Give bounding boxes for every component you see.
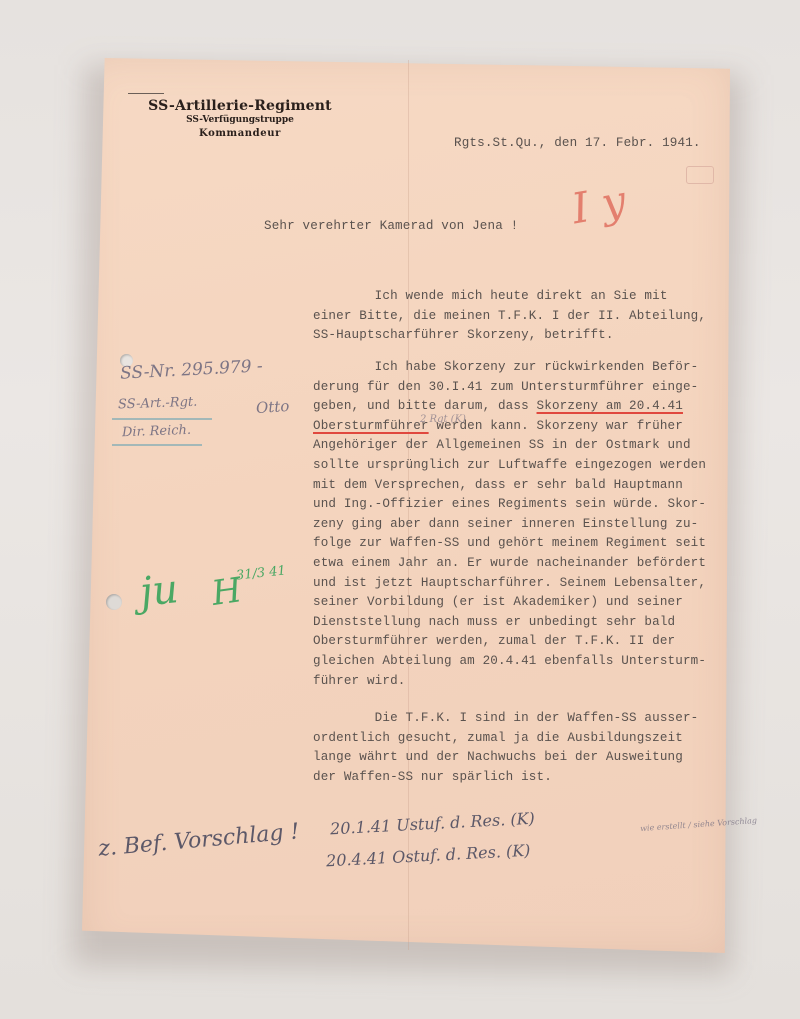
dateline: Rgts.St.Qu., den 17. Febr. 1941. bbox=[454, 136, 701, 150]
text-line: ordentlich gesucht, zumal ja die Ausbild… bbox=[313, 729, 723, 749]
punch-hole bbox=[106, 594, 122, 610]
text-line: lange währt und der Nachwuchs bei der Au… bbox=[313, 748, 723, 768]
paragraph-2: Ich habe Skorzeny zur rückwirkenden Befö… bbox=[313, 358, 723, 691]
text-line: Dienststellung nach muss er unbedingt se… bbox=[313, 613, 723, 633]
text-line-with-highlight: Obersturmführer werden kann. Skorzeny wa… bbox=[313, 417, 723, 437]
margin-underline bbox=[112, 444, 202, 446]
text-line: derung für den 30.I.41 zum Untersturmfüh… bbox=[313, 378, 723, 398]
letterhead-branch: SS-Verfügungstruppe bbox=[140, 115, 340, 125]
interlinear-note: 2 Rgt (K) bbox=[420, 414, 466, 425]
text-line: folge zur Waffen-SS und gehört meinem Re… bbox=[313, 534, 723, 554]
margin-note-unit: SS-Art.-Rgt. bbox=[118, 395, 198, 413]
highlighted-text: Skorzeny am 20.4.41 bbox=[537, 399, 683, 413]
paragraph-1: Ich wende mich heute direkt an Sie mit e… bbox=[313, 287, 723, 346]
letterhead-role: Kommandeur bbox=[140, 128, 340, 139]
text-line-with-highlight: geben, und bitte darum, dass Skorzeny am… bbox=[313, 397, 723, 417]
letterhead-unit: SS-Artillerie-Regiment bbox=[140, 98, 340, 114]
text-line: der Waffen-SS nur spärlich ist. bbox=[313, 768, 723, 788]
salutation: Sehr verehrter Kamerad von Jena ! bbox=[264, 219, 518, 233]
text-line: und Ing.-Offizier eines Regiments sein w… bbox=[313, 495, 723, 515]
text-line: Obersturmführer werden, zumal der T.F.K.… bbox=[313, 632, 723, 652]
letterhead: SS-Artillerie-Regiment SS-Verfügungstrup… bbox=[140, 98, 340, 139]
text-line: Die T.F.K. I sind in der Waffen-SS ausse… bbox=[313, 709, 723, 729]
margin-note-name: Otto bbox=[255, 397, 290, 417]
text-line: etwa einem Jahr an. Er wurde nacheinande… bbox=[313, 554, 723, 574]
text-line: Angehöriger der Allgemeinen SS in der Os… bbox=[313, 436, 723, 456]
text-line: sollte ursprünglich zur Luftwaffe eingez… bbox=[313, 456, 723, 476]
text-line: seiner Vorbildung (er ist Akademiker) un… bbox=[313, 593, 723, 613]
text-line: einer Bitte, die meinen T.F.K. I der II.… bbox=[313, 307, 723, 327]
text-line: und ist jetzt Hauptscharführer. Seinem L… bbox=[313, 574, 723, 594]
text-line: Ich wende mich heute direkt an Sie mit bbox=[313, 287, 723, 307]
green-initials: ju bbox=[138, 566, 181, 616]
text-line: gleichen Abteilung am 20.4.41 ebenfalls … bbox=[313, 652, 723, 672]
letterhead-dash bbox=[128, 93, 164, 94]
margin-underline bbox=[112, 418, 212, 420]
text-line: SS-Hauptscharführer Skorzeny, betrifft. bbox=[313, 326, 723, 346]
margin-note-division: Dir. Reich. bbox=[122, 423, 192, 440]
text-line: Ich habe Skorzeny zur rückwirkenden Befö… bbox=[313, 358, 723, 378]
red-pencil-mark: I y bbox=[568, 176, 629, 234]
corner-mark bbox=[686, 166, 714, 184]
text-line: zeny ging aber dann seiner inneren Einst… bbox=[313, 515, 723, 535]
text-line: führer wird. bbox=[313, 672, 723, 692]
paragraph-3: Die T.F.K. I sind in der Waffen-SS ausse… bbox=[313, 709, 723, 787]
highlighted-text: Obersturmführer bbox=[313, 419, 429, 433]
text-line: mit dem Versprechen, dass er sehr bald H… bbox=[313, 476, 723, 496]
